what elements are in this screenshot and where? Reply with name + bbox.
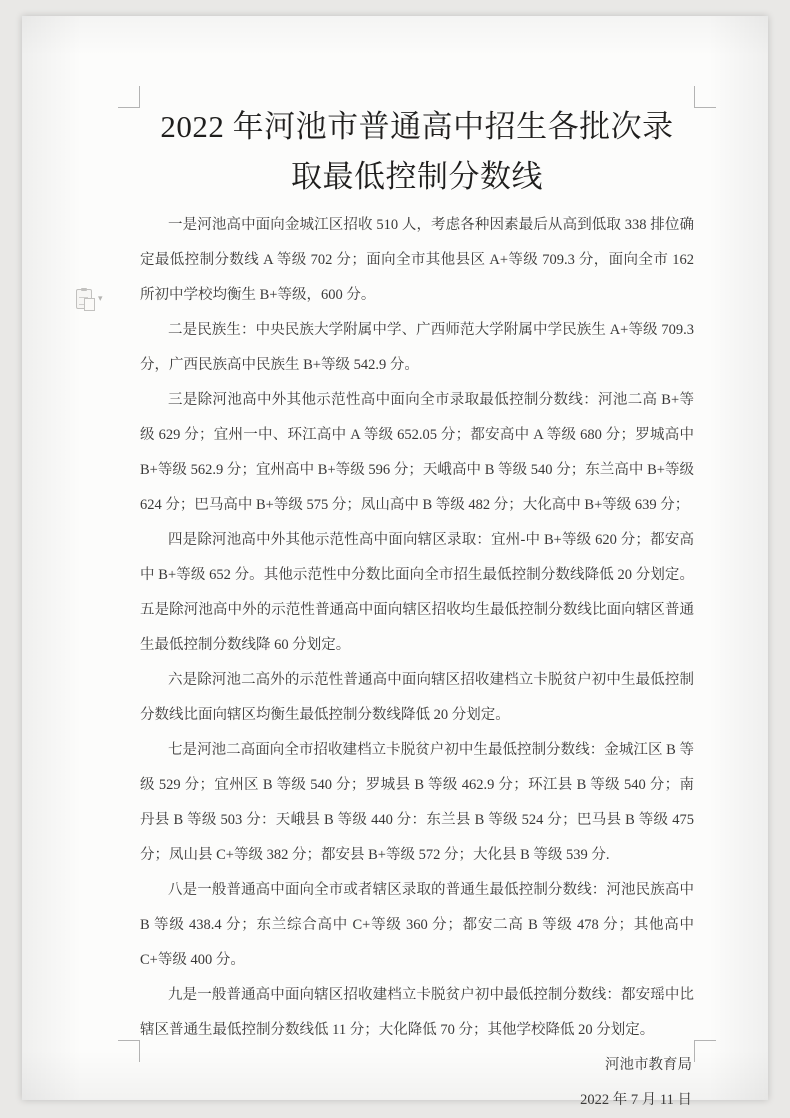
text-boundary-mark-bottom-left [118,1040,140,1062]
clipboard-paste-icon [76,289,92,309]
paste-options-button[interactable]: ▾ [76,284,116,314]
text-boundary-mark-top-right [694,86,716,108]
document-body: 一是河池高中面向金城江区招收 510 人，考虑各种因素最后从高到低取 338 排… [140,208,694,1048]
text-boundary-mark-bottom-right [694,1040,716,1062]
text-boundary-mark-top-left [118,86,140,108]
document-paragraph: 三是除河池高中外其他示范性高中面向全市录取最低控制分数线：河池二高 B+等级 6… [140,383,694,523]
document-paragraph: 八是一般普通高中面向全市或者辖区录取的普通生最低控制分数线：河池民族高中 B 等… [140,873,694,978]
document-paragraph: 一是河池高中面向金城江区招收 510 人，考虑各种因素最后从高到低取 338 排… [140,208,694,313]
document-page: ▾ 2022 年河池市普通高中招生各批次录取最低控制分数线 一是河池高中面向金城… [22,16,768,1100]
signature-date: 2022 年 7 月 11 日 [140,1083,692,1118]
document-paragraph: 六是除河池二高外的示范性普通高中面向辖区招收建档立卡脱贫户初中生最低控制分数线比… [140,663,694,733]
document-paragraph: 九是一般普通高中面向辖区招收建档立卡脱贫户初中最低控制分数线：都安瑶中比辖区普通… [140,978,694,1048]
document-paragraph: 四是除河池高中外其他示范性高中面向辖区录取：宜州-中 B+等级 620 分；都安… [140,523,694,663]
document-paragraph: 二是民族生：中央民族大学附属中学、广西师范大学附属中学民族生 A+等级 709.… [140,313,694,383]
document-paragraph: 七是河池二高面向全市招收建档立卡脱贫户初中生最低控制分数线：金城江区 B 等级 … [140,733,694,873]
document-text-area: 2022 年河池市普通高中招生各批次录取最低控制分数线 一是河池高中面向金城江区… [140,102,694,1118]
signature-organization: 河池市教育局 [140,1048,692,1083]
document-title: 2022 年河池市普通高中招生各批次录取最低控制分数线 [147,102,687,202]
chevron-down-icon: ▾ [98,294,103,304]
